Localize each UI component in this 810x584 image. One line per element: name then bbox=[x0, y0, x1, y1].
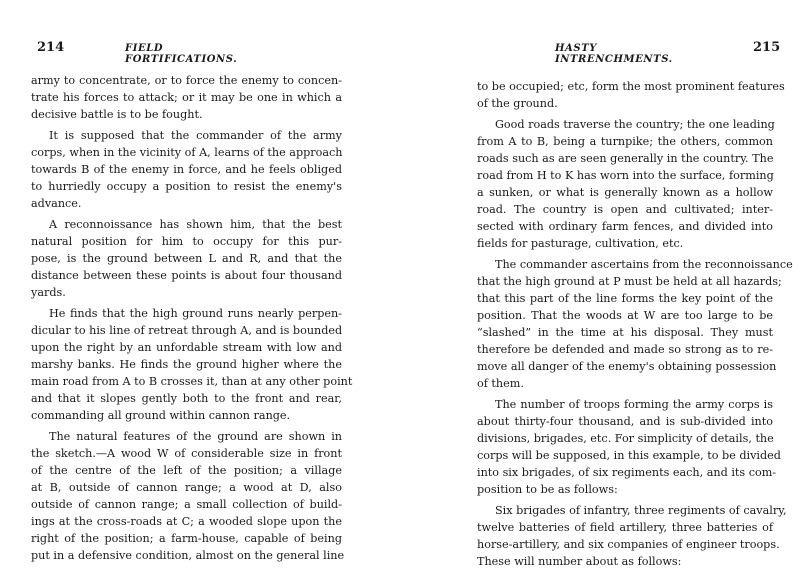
text-line: distance between these points is about f… bbox=[31, 267, 342, 284]
left-page-body: army to concentrate, or to force the ene… bbox=[31, 72, 342, 564]
text-line: ings at the cross-roads at C; a wooded s… bbox=[31, 513, 342, 530]
text-line: trate his forces to attack; or it may be… bbox=[31, 89, 342, 106]
text-line: a sunken, or what is generally known as … bbox=[477, 184, 773, 201]
text-line: fields for pasturage, cultivation, etc. bbox=[477, 235, 773, 252]
text-line: that this part of the line forms the key… bbox=[477, 290, 773, 307]
text-line: road from H to K has worn into the surfa… bbox=[477, 167, 773, 184]
text-line: twelve batteries of field artillery, thr… bbox=[477, 519, 773, 536]
text-line: the sketch.—A wood W of considerable siz… bbox=[31, 445, 342, 462]
right-page-body: to be occupied; etc, form the most promi… bbox=[477, 78, 773, 570]
text-line: road. The country is open and cultivated… bbox=[477, 201, 773, 218]
text-line: corps will be supposed, in this example,… bbox=[477, 447, 773, 464]
text-line: into six brigades, of six regiments each… bbox=[477, 464, 773, 481]
text-line: therefore be defended and made so strong… bbox=[477, 341, 773, 358]
text-line: He finds that the high ground runs nearl… bbox=[31, 305, 342, 322]
text-line: put in a defensive condition, almost on … bbox=[31, 547, 342, 564]
text-line: position to be as follows: bbox=[477, 481, 773, 498]
text-line: “slashed” in the time at his disposal. T… bbox=[477, 324, 773, 341]
text-line: advance. bbox=[31, 195, 342, 212]
running-head: FIELD FORTIFICATIONS. bbox=[125, 43, 237, 65]
text-line: Six brigades of infantry, three regiment… bbox=[477, 502, 773, 519]
text-line: about thirty-four thousand, and is sub-d… bbox=[477, 413, 773, 430]
text-line: pose, is the ground between L and R, and… bbox=[31, 250, 342, 267]
text-line: roads such as are seen generally in the … bbox=[477, 150, 773, 167]
text-line: towards B of the enemy in force, and he … bbox=[31, 161, 342, 178]
page-number: 215 bbox=[753, 40, 780, 55]
running-head: HASTY INTRENCHMENTS. bbox=[555, 43, 673, 65]
text-line: of the ground. bbox=[477, 95, 773, 112]
text-line: A reconnoissance has shown him, that the… bbox=[31, 216, 342, 233]
text-line: and that it slopes gently both to the fr… bbox=[31, 390, 342, 407]
text-line: main road from A to B crosses it, than a… bbox=[31, 373, 342, 390]
text-line: The natural features of the ground are s… bbox=[31, 428, 342, 445]
text-line: outside of cannon range; a small collect… bbox=[31, 496, 342, 513]
text-line: to be occupied; etc, form the most promi… bbox=[477, 78, 773, 95]
text-line: sected with ordinary farm fences, and di… bbox=[477, 218, 773, 235]
text-line: army to concentrate, or to force the ene… bbox=[31, 72, 342, 89]
text-line: of the centre of the left of the positio… bbox=[31, 462, 342, 479]
text-line: of them. bbox=[477, 375, 773, 392]
text-line: These will number about as follows: bbox=[477, 553, 773, 570]
left-page: 214 FIELD FORTIFICATIONS. army to concen… bbox=[0, 0, 405, 584]
text-line: corps, when in the vicinity of A, learns… bbox=[31, 144, 342, 161]
text-line: It is supposed that the commander of the… bbox=[31, 127, 342, 144]
text-line: from A to B, being a turnpike; the other… bbox=[477, 133, 773, 150]
text-line: commanding all ground within cannon rang… bbox=[31, 407, 342, 424]
text-line: horse-artillery, and six companies of en… bbox=[477, 536, 773, 553]
text-line: decisive battle is to be fought. bbox=[31, 106, 342, 123]
text-line: that the high ground at P must be held a… bbox=[477, 273, 773, 290]
text-line: right of the position; a farm-house, cap… bbox=[31, 530, 342, 547]
text-line: The commander ascertains from the reconn… bbox=[477, 256, 773, 273]
text-line: position. That the woods at W are too la… bbox=[477, 307, 773, 324]
text-line: yards. bbox=[31, 284, 342, 301]
page-number: 214 bbox=[37, 40, 64, 55]
right-page: HASTY INTRENCHMENTS. 215 to be occupied;… bbox=[405, 0, 810, 584]
text-line: to hurriedly occupy a position to resist… bbox=[31, 178, 342, 195]
text-line: at B, outside of cannon range; a wood at… bbox=[31, 479, 342, 496]
text-line: divisions, brigades, etc. For simplicity… bbox=[477, 430, 773, 447]
text-line: marshy banks. He finds the ground higher… bbox=[31, 356, 342, 373]
text-line: natural position for him to occupy for t… bbox=[31, 233, 342, 250]
text-line: dicular to his line of retreat through A… bbox=[31, 322, 342, 339]
text-line: move all danger of the enemy's obtaining… bbox=[477, 358, 773, 375]
text-line: upon the right by an unfordable stream w… bbox=[31, 339, 342, 356]
text-line: The number of troops forming the army co… bbox=[477, 396, 773, 413]
text-line: Good roads traverse the country; the one… bbox=[477, 116, 773, 133]
